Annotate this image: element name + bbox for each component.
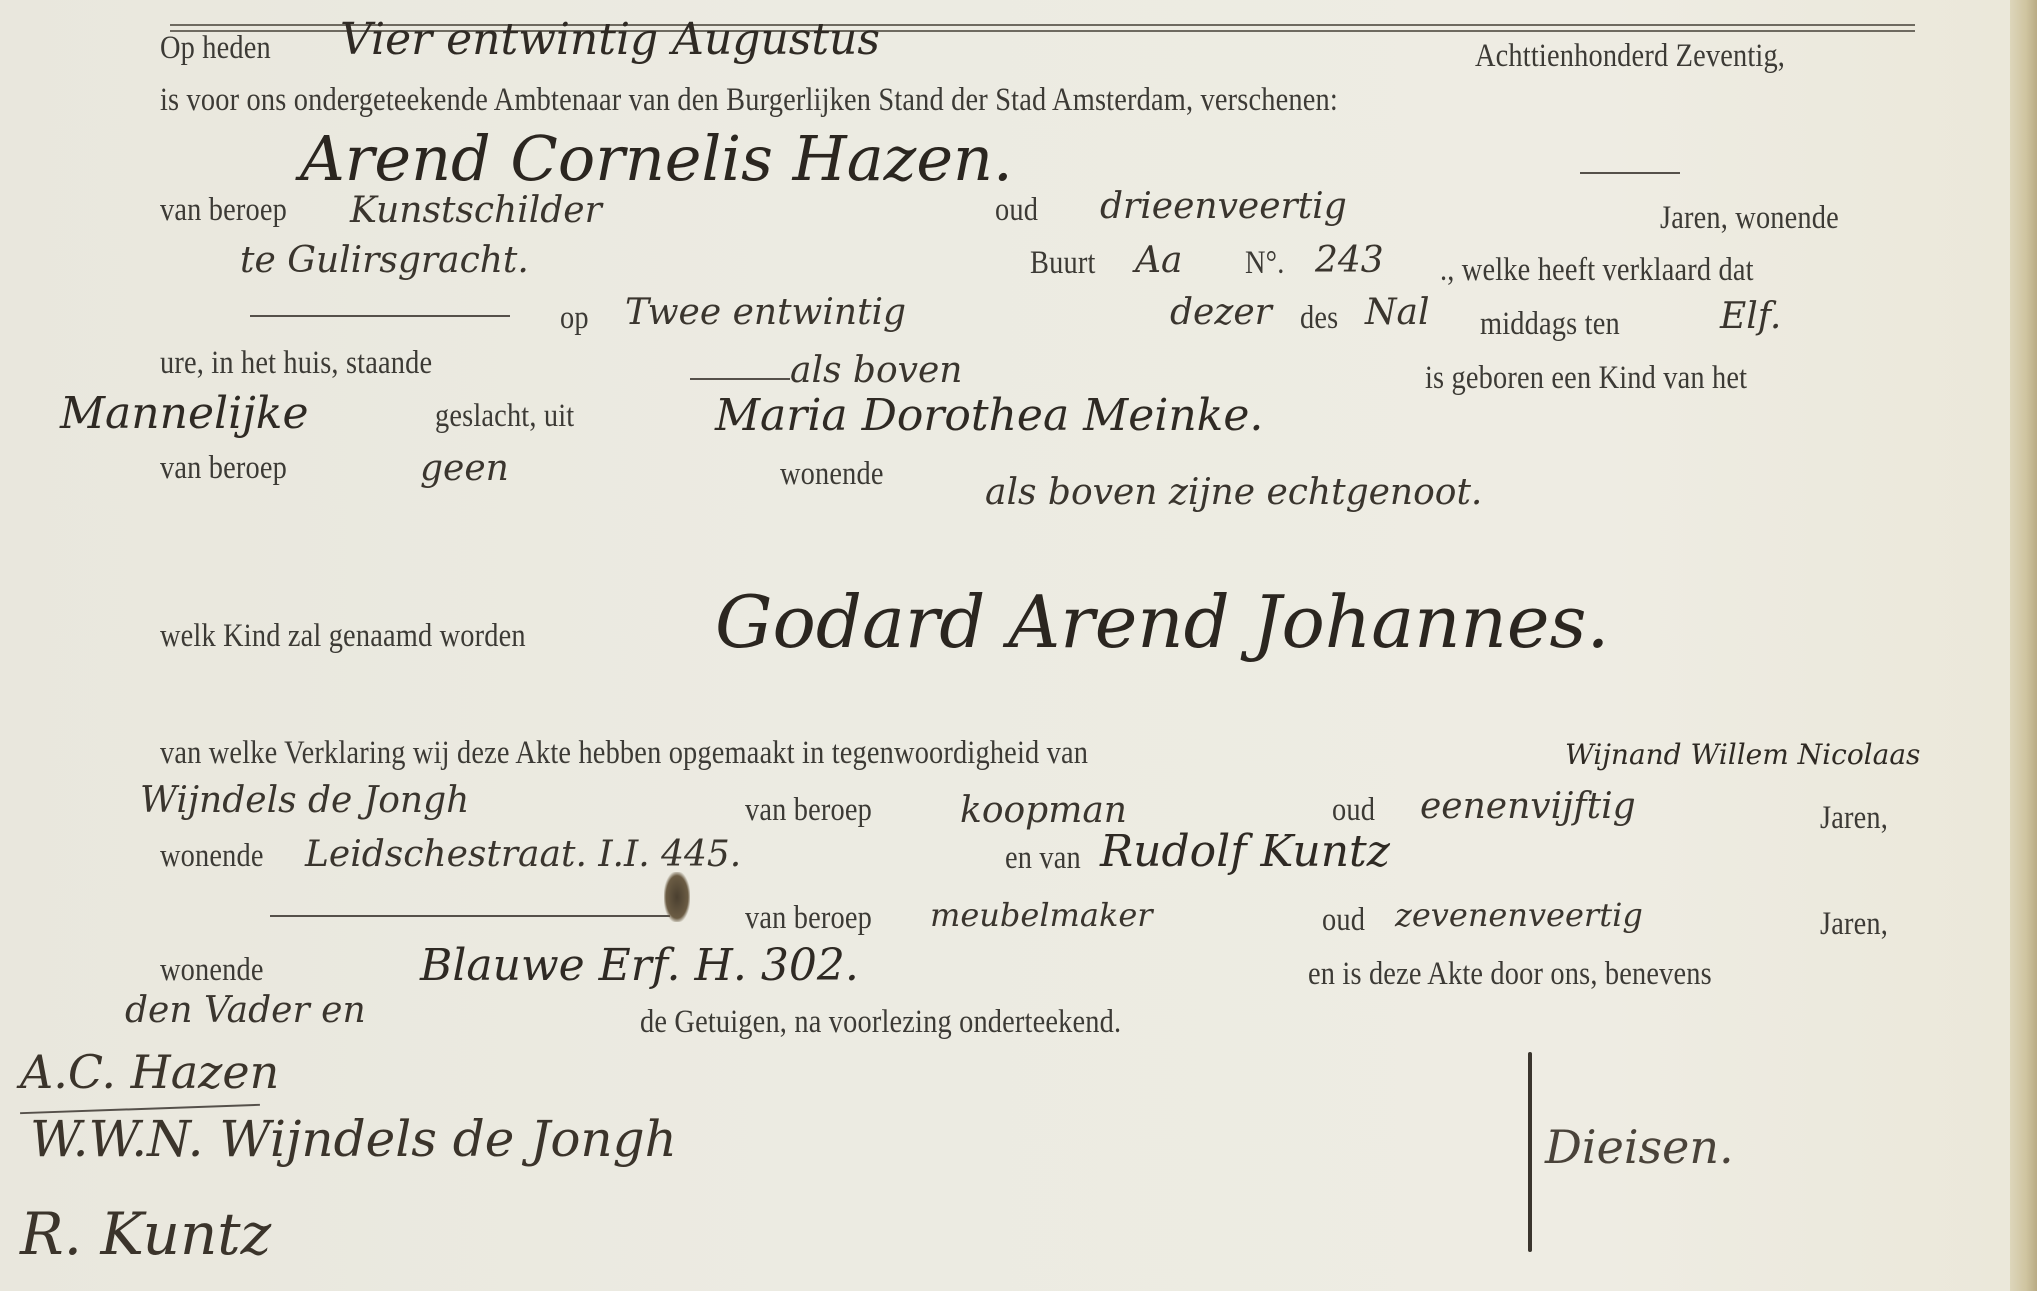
hand-witness1-age: eenenvijftig xyxy=(1420,786,1636,827)
signature-father: A.C. Hazen xyxy=(20,1045,279,1099)
hand-father-occupation: Kunstschilder xyxy=(350,190,602,231)
printed-geslacht-uit: geslacht, uit xyxy=(435,398,574,435)
printed-jaren-wonende: Jaren, wonende xyxy=(1660,200,1839,237)
printed-wonende-w2: wonende xyxy=(160,952,264,989)
signature-witness2: R. Kuntz xyxy=(20,1200,271,1268)
hand-mother-occupation: geen xyxy=(420,448,509,489)
hand-witness1-occupation: koopman xyxy=(960,790,1127,831)
printed-van-beroep-mother: van beroep xyxy=(160,450,287,487)
printed-jaren-w1: Jaren, xyxy=(1820,800,1888,837)
printed-verklaring: van welke Verklaring wij deze Akte hebbe… xyxy=(160,735,1088,772)
hand-father-name: Arend Cornelis Hazen. xyxy=(300,122,1013,195)
hand-witness2-address: Blauwe Erf. H. 302. xyxy=(420,940,859,991)
hand-sex: Mannelijke xyxy=(60,388,309,439)
signature-brace xyxy=(1528,1052,1532,1252)
dash xyxy=(690,378,790,380)
hand-date: Vier entwintig Augustus xyxy=(340,14,880,65)
printed-year: Achttienhonderd Zeventig, xyxy=(1475,38,1785,75)
hand-mother-residence: als boven zijne echtgenoot. xyxy=(985,472,1482,513)
printed-getuigen-onderteekend: de Getuigen, na voorlezing onderteekend. xyxy=(640,1004,1121,1041)
printed-ure-huis: ure, in het huis, staande xyxy=(160,345,432,382)
signature-official: Dieisen. xyxy=(1545,1120,1734,1174)
book-binding-edge xyxy=(2010,0,2037,1291)
ink-stain xyxy=(664,872,690,922)
printed-verklaard: ., welke heeft verklaard dat xyxy=(1440,252,1754,289)
printed-van-beroep: van beroep xyxy=(160,192,287,229)
printed-middags-ten: middags ten xyxy=(1480,306,1620,343)
hand-witness2-name: Rudolf Kuntz xyxy=(1100,826,1390,877)
printed-oud: oud xyxy=(995,192,1038,229)
printed-oud-w1: oud xyxy=(1332,792,1375,829)
hand-mother-name: Maria Dorothea Meinke. xyxy=(715,390,1263,441)
printed-en-van: en van xyxy=(1005,840,1081,877)
hand-witness1-address: Leidschestraat. I.I. 445. xyxy=(305,834,741,875)
printed-van-beroep-w2: van beroep xyxy=(745,900,872,937)
printed-oud-w2: oud xyxy=(1322,902,1365,939)
hand-house: als boven xyxy=(790,350,962,391)
hand-buurt: Aa xyxy=(1135,240,1182,281)
hand-dezer: dezer xyxy=(1170,292,1272,333)
hand-child-name: Godard Arend Johannes. xyxy=(715,580,1609,664)
hand-house-number: 243 xyxy=(1315,240,1384,281)
dash xyxy=(270,915,670,917)
printed-jaren-w2: Jaren, xyxy=(1820,906,1888,943)
printed-wonende-mother: wonende xyxy=(780,456,884,493)
hand-witness2-occupation: meubelmaker xyxy=(930,896,1153,934)
hand-hour: Elf. xyxy=(1720,296,1781,337)
printed-des: des xyxy=(1300,300,1338,337)
document-page: Op heden Vier entwintig Augustus Achttie… xyxy=(0,0,2010,1291)
hand-father-street: te Gulirsgracht. xyxy=(240,240,529,281)
printed-geboren: is geboren een Kind van het xyxy=(1425,360,1747,397)
printed-op: op xyxy=(560,300,589,337)
signature-witness1: W.W.N. Wijndels de Jongh xyxy=(30,1110,677,1168)
hand-birth-day: Twee entwintig xyxy=(625,292,906,333)
hand-den-vader: den Vader en xyxy=(125,990,366,1031)
printed-no: N°. xyxy=(1245,245,1284,282)
printed-buurt: Buurt xyxy=(1030,245,1096,282)
dash xyxy=(1580,172,1680,174)
printed-akte-door-ons: en is deze Akte door ons, benevens xyxy=(1308,956,1712,993)
hand-nal: Nal xyxy=(1365,292,1429,333)
hand-witness2-age: zevenenveertig xyxy=(1395,896,1643,934)
printed-van-beroep-w1: van beroep xyxy=(745,792,872,829)
hand-witness-intro: Wijnand Willem Nicolaas xyxy=(1565,738,1920,771)
printed-wonende-w1: wonende xyxy=(160,838,264,875)
dash xyxy=(250,315,510,317)
hand-witness1-name: Wijndels de Jongh xyxy=(140,780,469,821)
hand-father-age: drieenveertig xyxy=(1100,186,1347,227)
printed-op-heden: Op heden xyxy=(160,30,271,67)
printed-official-line: is voor ons ondergeteekende Ambtenaar va… xyxy=(160,82,1338,119)
printed-genaamd: welk Kind zal genaamd worden xyxy=(160,618,526,655)
